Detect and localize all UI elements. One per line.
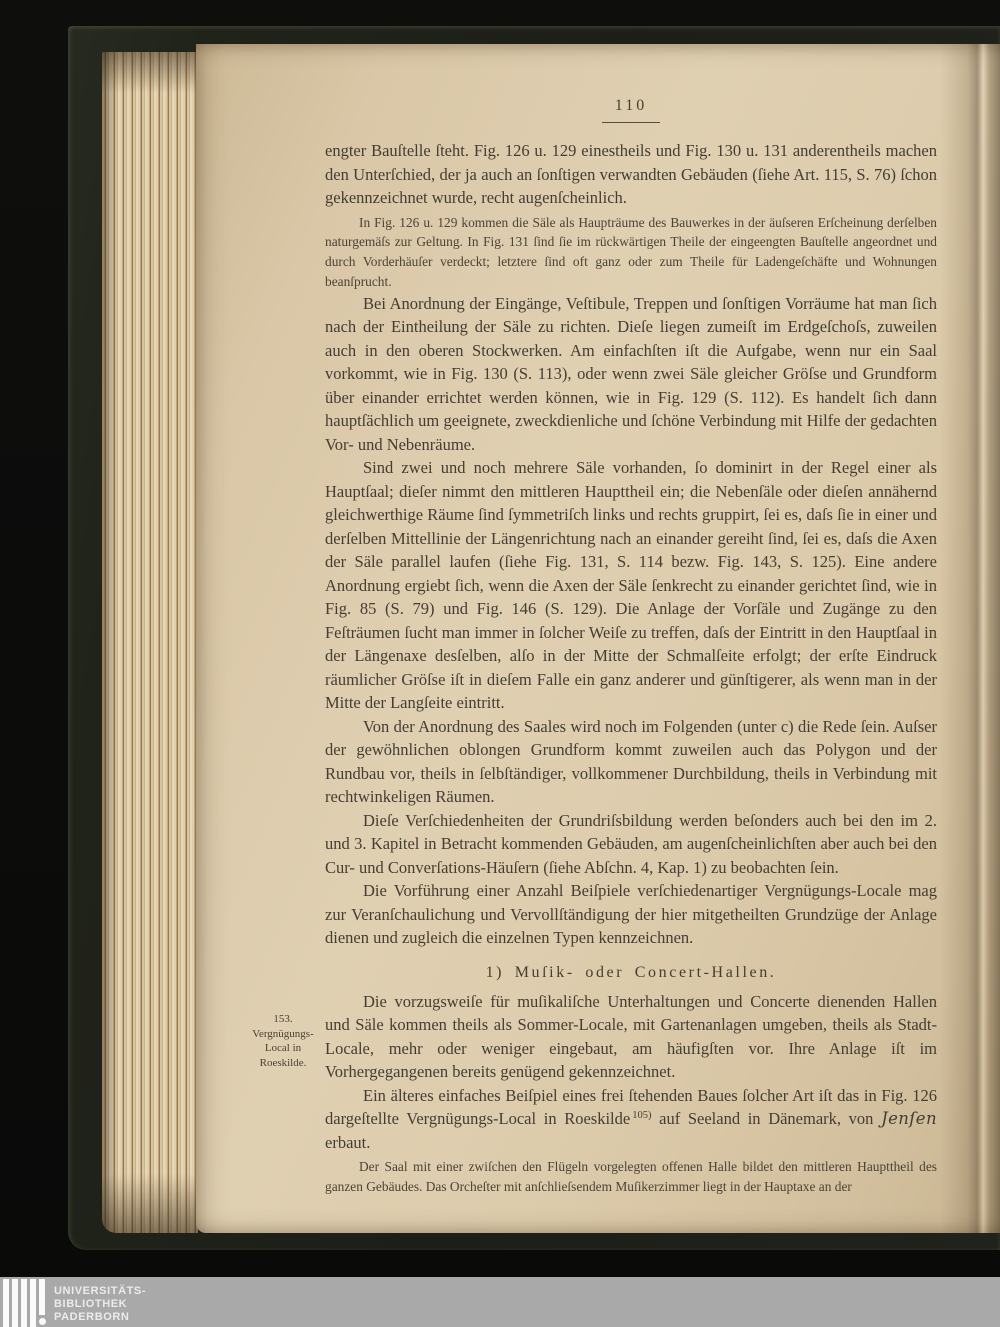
book-fanned-page-edges [102, 52, 198, 1233]
page-number: 110 [602, 97, 660, 123]
margin-note-line: Roeskilde. [242, 1056, 324, 1071]
logo-bar-stripe [39, 1279, 45, 1315]
architect-name: Jenſen [881, 1109, 937, 1128]
page-number-row: 110 [325, 0, 937, 123]
logo-bar-stripe [3, 1279, 9, 1327]
page-gutter-shadow [940, 44, 1000, 1233]
margin-note-line: Vergnügungs- [242, 1027, 324, 1042]
logo-bar-stripe [30, 1279, 36, 1327]
paragraph-small-note: Der Saal mit einer zwiſchen den Flügeln … [325, 1157, 937, 1197]
paragraph-small-note: In Fig. 126 u. 129 kommen die Säle als H… [325, 213, 937, 292]
paragraph: Die Vorführung einer Anzahl Beiſpiele ve… [325, 879, 937, 950]
logo-bar-stripe [21, 1279, 27, 1327]
figure-paragraph-text: erbaut. [325, 1133, 370, 1152]
paragraph: Bei Anordnung der Eingänge, Veſtibule, T… [325, 292, 937, 457]
page-content: 110 engter Bauſtelle ſteht. Fig. 126 u. … [325, 0, 937, 1197]
library-name-line: PADERBORN [54, 1311, 146, 1324]
logo-bar-stripe [12, 1279, 18, 1327]
footnote-reference: 105) [632, 1110, 651, 1121]
logo-dot [39, 1318, 46, 1325]
paragraph: Von der Anordnung des Saales wird noch i… [325, 715, 937, 809]
section-heading: 1) Muſik- oder Concert-Hallen. [325, 964, 937, 982]
margin-note-line: 153. [242, 1012, 324, 1027]
paragraph: Die vorzugsweiſe für muſikaliſche Unterh… [325, 990, 937, 1084]
library-name-line: BIBLIOTHEK [54, 1298, 146, 1311]
paragraph-continuation: engter Bauſtelle ſteht. Fig. 126 u. 129 … [325, 139, 937, 210]
library-name-line: UNIVERSITÄTS- [54, 1285, 146, 1298]
library-name: UNIVERSITÄTS- BIBLIOTHEK PADERBORN [54, 1285, 146, 1324]
paragraph-with-footnote-ref: Ein älteres einfaches Beiſpiel eines fre… [325, 1084, 937, 1155]
paragraph: Sind zwei und noch mehrere Säle vorhande… [325, 456, 937, 715]
paragraph: Dieſe Verſchiedenheiten der Grundriſsbil… [325, 809, 937, 880]
library-logo-icon [0, 1277, 50, 1327]
library-logo-bar: UNIVERSITÄTS- BIBLIOTHEK PADERBORN [0, 1277, 1000, 1327]
scanned-book-page-photo: 110 engter Bauſtelle ſteht. Fig. 126 u. … [0, 0, 1000, 1327]
margin-note: 153. Vergnügungs- Local in Roeskilde. [242, 1012, 324, 1070]
margin-note-line: Local in [242, 1041, 324, 1056]
figure-paragraph-text: auf Seeland in Dänemark, von [651, 1109, 881, 1128]
